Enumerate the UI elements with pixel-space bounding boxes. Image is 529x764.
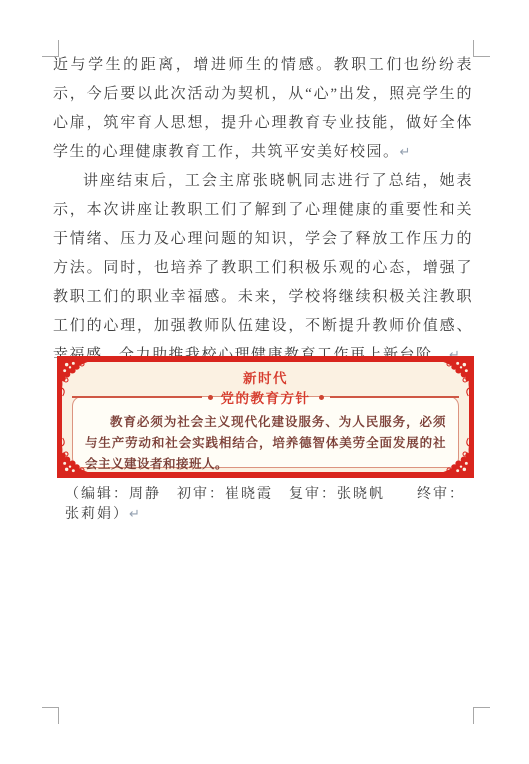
crop-mark-bottom-left: [42, 707, 59, 724]
decorative-dot-icon: [208, 395, 213, 400]
banner-subtitle: 党的教育方针: [219, 387, 313, 407]
banner-subtitle-row: 党的教育方针: [72, 388, 459, 406]
crop-mark-top-right: [473, 40, 490, 57]
paragraph-1: 近与学生的距离，增进师生的情感。教职工们也纷纷表示，今后要以此次活动为契机，从“…: [53, 51, 473, 167]
document-body: 近与学生的距离，增进师生的情感。教职工们也纷纷表示，今后要以此次活动为契机，从“…: [53, 51, 473, 370]
paragraph-mark-icon: ↵: [129, 507, 140, 522]
paragraph-2-text: 讲座结束后，工会主席张晓帆同志进行了总结，她表示，本次讲座让教职工们了解到了心理…: [53, 173, 473, 363]
credits-text: （编辑：周静 初审：崔晓霞 复审：张晓帆 终审：张莉娟）: [65, 487, 465, 522]
decorative-line: [330, 396, 460, 398]
banner-body-text: 教育必须为社会主义现代化建设服务、为人民服务，必须与生产劳动和社会实践相结合，培…: [85, 412, 446, 475]
education-policy-banner: 新时代 党的教育方针 教育必须为社会主义现代化建设服务、为人民服务，必须与生产劳…: [57, 356, 474, 478]
crop-mark-bottom-right: [473, 707, 490, 724]
decorative-dot-icon: [319, 395, 324, 400]
decorative-line: [72, 396, 202, 398]
paragraph-mark-icon: ↵: [400, 145, 411, 160]
paragraph-2: 讲座结束后，工会主席张晓帆同志进行了总结，她表示，本次讲座让教职工们了解到了心理…: [53, 167, 473, 370]
banner-title: 新时代: [62, 367, 469, 387]
credits-line: （编辑：周静 初审：崔晓霞 复审：张晓帆 终审：张莉娟）↵: [53, 485, 473, 525]
document-page: 近与学生的距离，增进师生的情感。教职工们也纷纷表示，今后要以此次活动为契机，从“…: [0, 0, 529, 764]
